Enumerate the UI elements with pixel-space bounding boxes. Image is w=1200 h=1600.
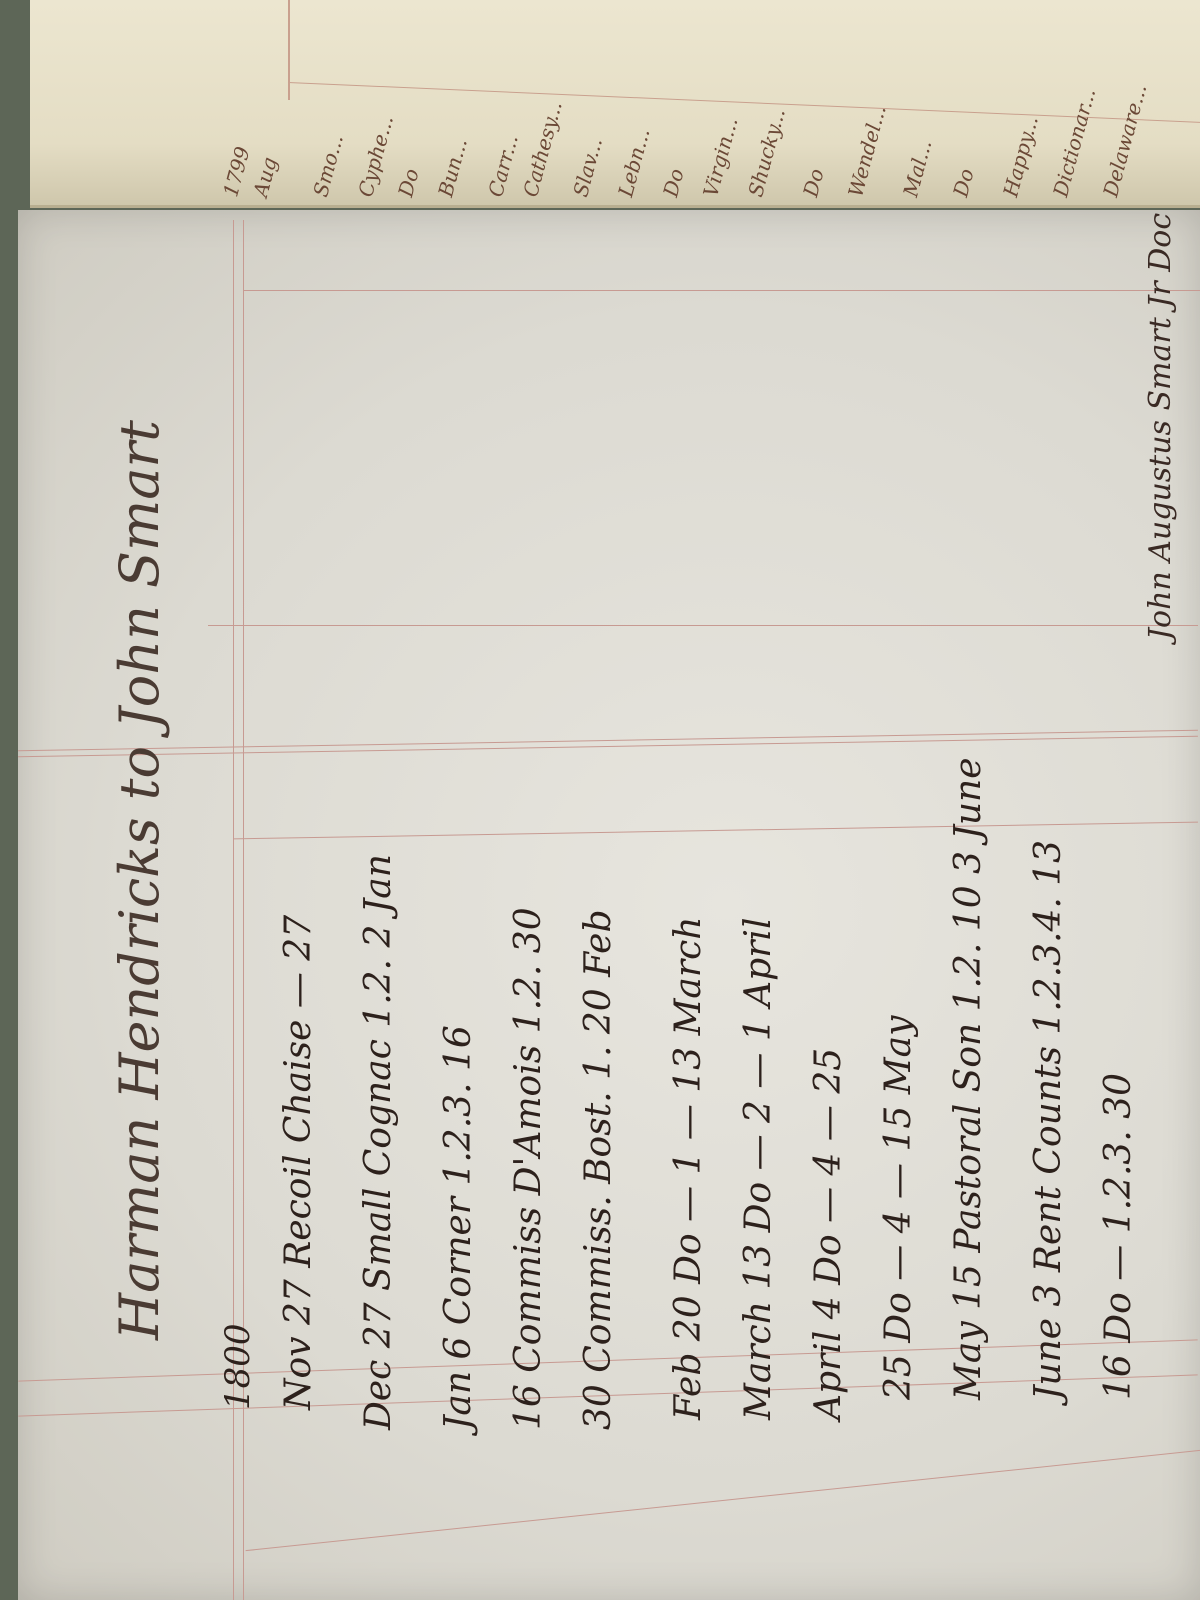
ledger-entry: May 15 Pastoral Son 1.2. 10 3 June	[948, 757, 989, 1400]
ledger-page: Harman Hendricks to John Smart 1800 Nov …	[18, 210, 1200, 1600]
column-rule	[208, 625, 1198, 626]
column-rule	[233, 822, 1198, 840]
column-rule	[18, 730, 1198, 752]
ledger-entry: Jan 6 Corner 1.2.3. 16	[438, 1025, 479, 1430]
ledger-entry: 25 Do — 4 — 15 May	[878, 1016, 919, 1400]
ledger-entry: April 4 Do — 4 — 25	[808, 1048, 849, 1420]
ledger-entry: Dec 27 Small Cognac 1.2. 2 Jan	[358, 854, 399, 1430]
ledger-entry: Nov 27 Recoil Chaise — 27	[278, 915, 319, 1410]
side-note: John Augustus Smart Jr Doc	[1143, 213, 1178, 640]
previous-ledger-page: 1799 Aug Smo... Cyphe... Do Bun... Carr.…	[30, 0, 1200, 208]
previous-page-entries: 1799 Aug Smo... Cyphe... Do Bun... Carr.…	[270, 0, 1200, 200]
ledger-entry: June 3 Rent Counts 1.2.3.4. 13	[1028, 840, 1069, 1400]
ledger-year: 1800	[218, 1323, 258, 1410]
ledger-entry: 30 Commiss. Bost. 1. 20 Feb	[578, 910, 619, 1431]
column-rule	[246, 1450, 1200, 1551]
ledger-entry: 16 Commiss D'Amois 1.2. 30	[508, 907, 549, 1430]
ledger-heading: Harman Hendricks to John Smart	[108, 420, 171, 1340]
ledger-entry: 16 Do — 1.2.3. 30	[1098, 1073, 1139, 1400]
ledger-entry: March 13 Do — 2 — 1 April	[738, 918, 779, 1420]
column-rule	[243, 290, 1200, 291]
ledger-entry: Feb 20 Do — 1 — 13 March	[668, 917, 709, 1420]
